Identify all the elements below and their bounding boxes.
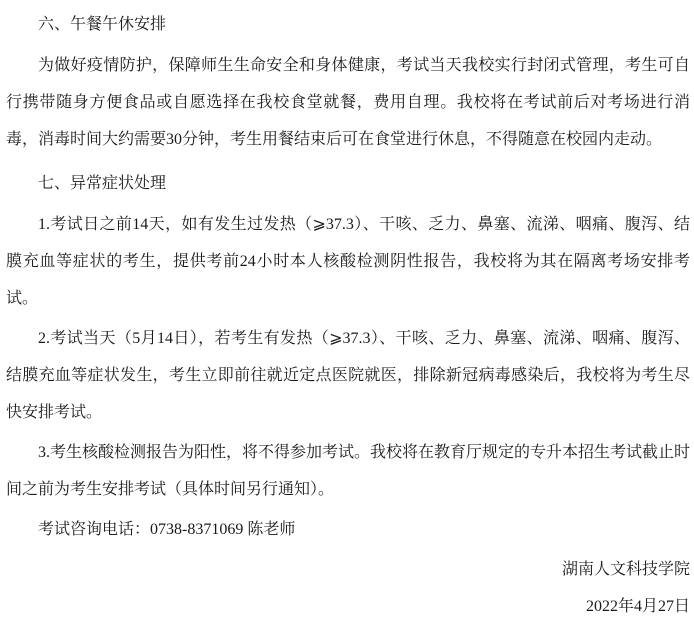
paragraph: 考试咨询电话：0738-8371069 陈老师 (6, 511, 690, 548)
section-heading: 七、异常症状处理 (6, 165, 690, 202)
paragraph: 1.考试日之前14天，如有发生过发热（⩾37.3）、干咳、乏力、鼻塞、流涕、咽痛… (6, 206, 690, 317)
paragraph: 为做好疫情防护，保障师生生命安全和身体健康，考试当天我校实行封闭式管理，考生可自… (6, 47, 690, 158)
signature-org: 湖南人文科技学院 (6, 551, 690, 588)
document-page: 六、午餐午休安排为做好疫情防护，保障师生生命安全和身体健康，考试当天我校实行封闭… (0, 0, 694, 623)
paragraph: 3.考生核酸检测报告为阳性，将不得参加考试。我校将在教育厅规定的专升本招生考试截… (6, 434, 690, 508)
section-heading: 六、午餐午休安排 (6, 6, 690, 43)
document-body: 六、午餐午休安排为做好疫情防护，保障师生生命安全和身体健康，考试当天我校实行封闭… (6, 6, 690, 548)
signature-date: 2022年4月27日 (6, 588, 690, 623)
paragraph: 2.考试当天（5月14日），若考生有发热（⩾37.3）、干咳、乏力、鼻塞、流涕、… (6, 320, 690, 431)
